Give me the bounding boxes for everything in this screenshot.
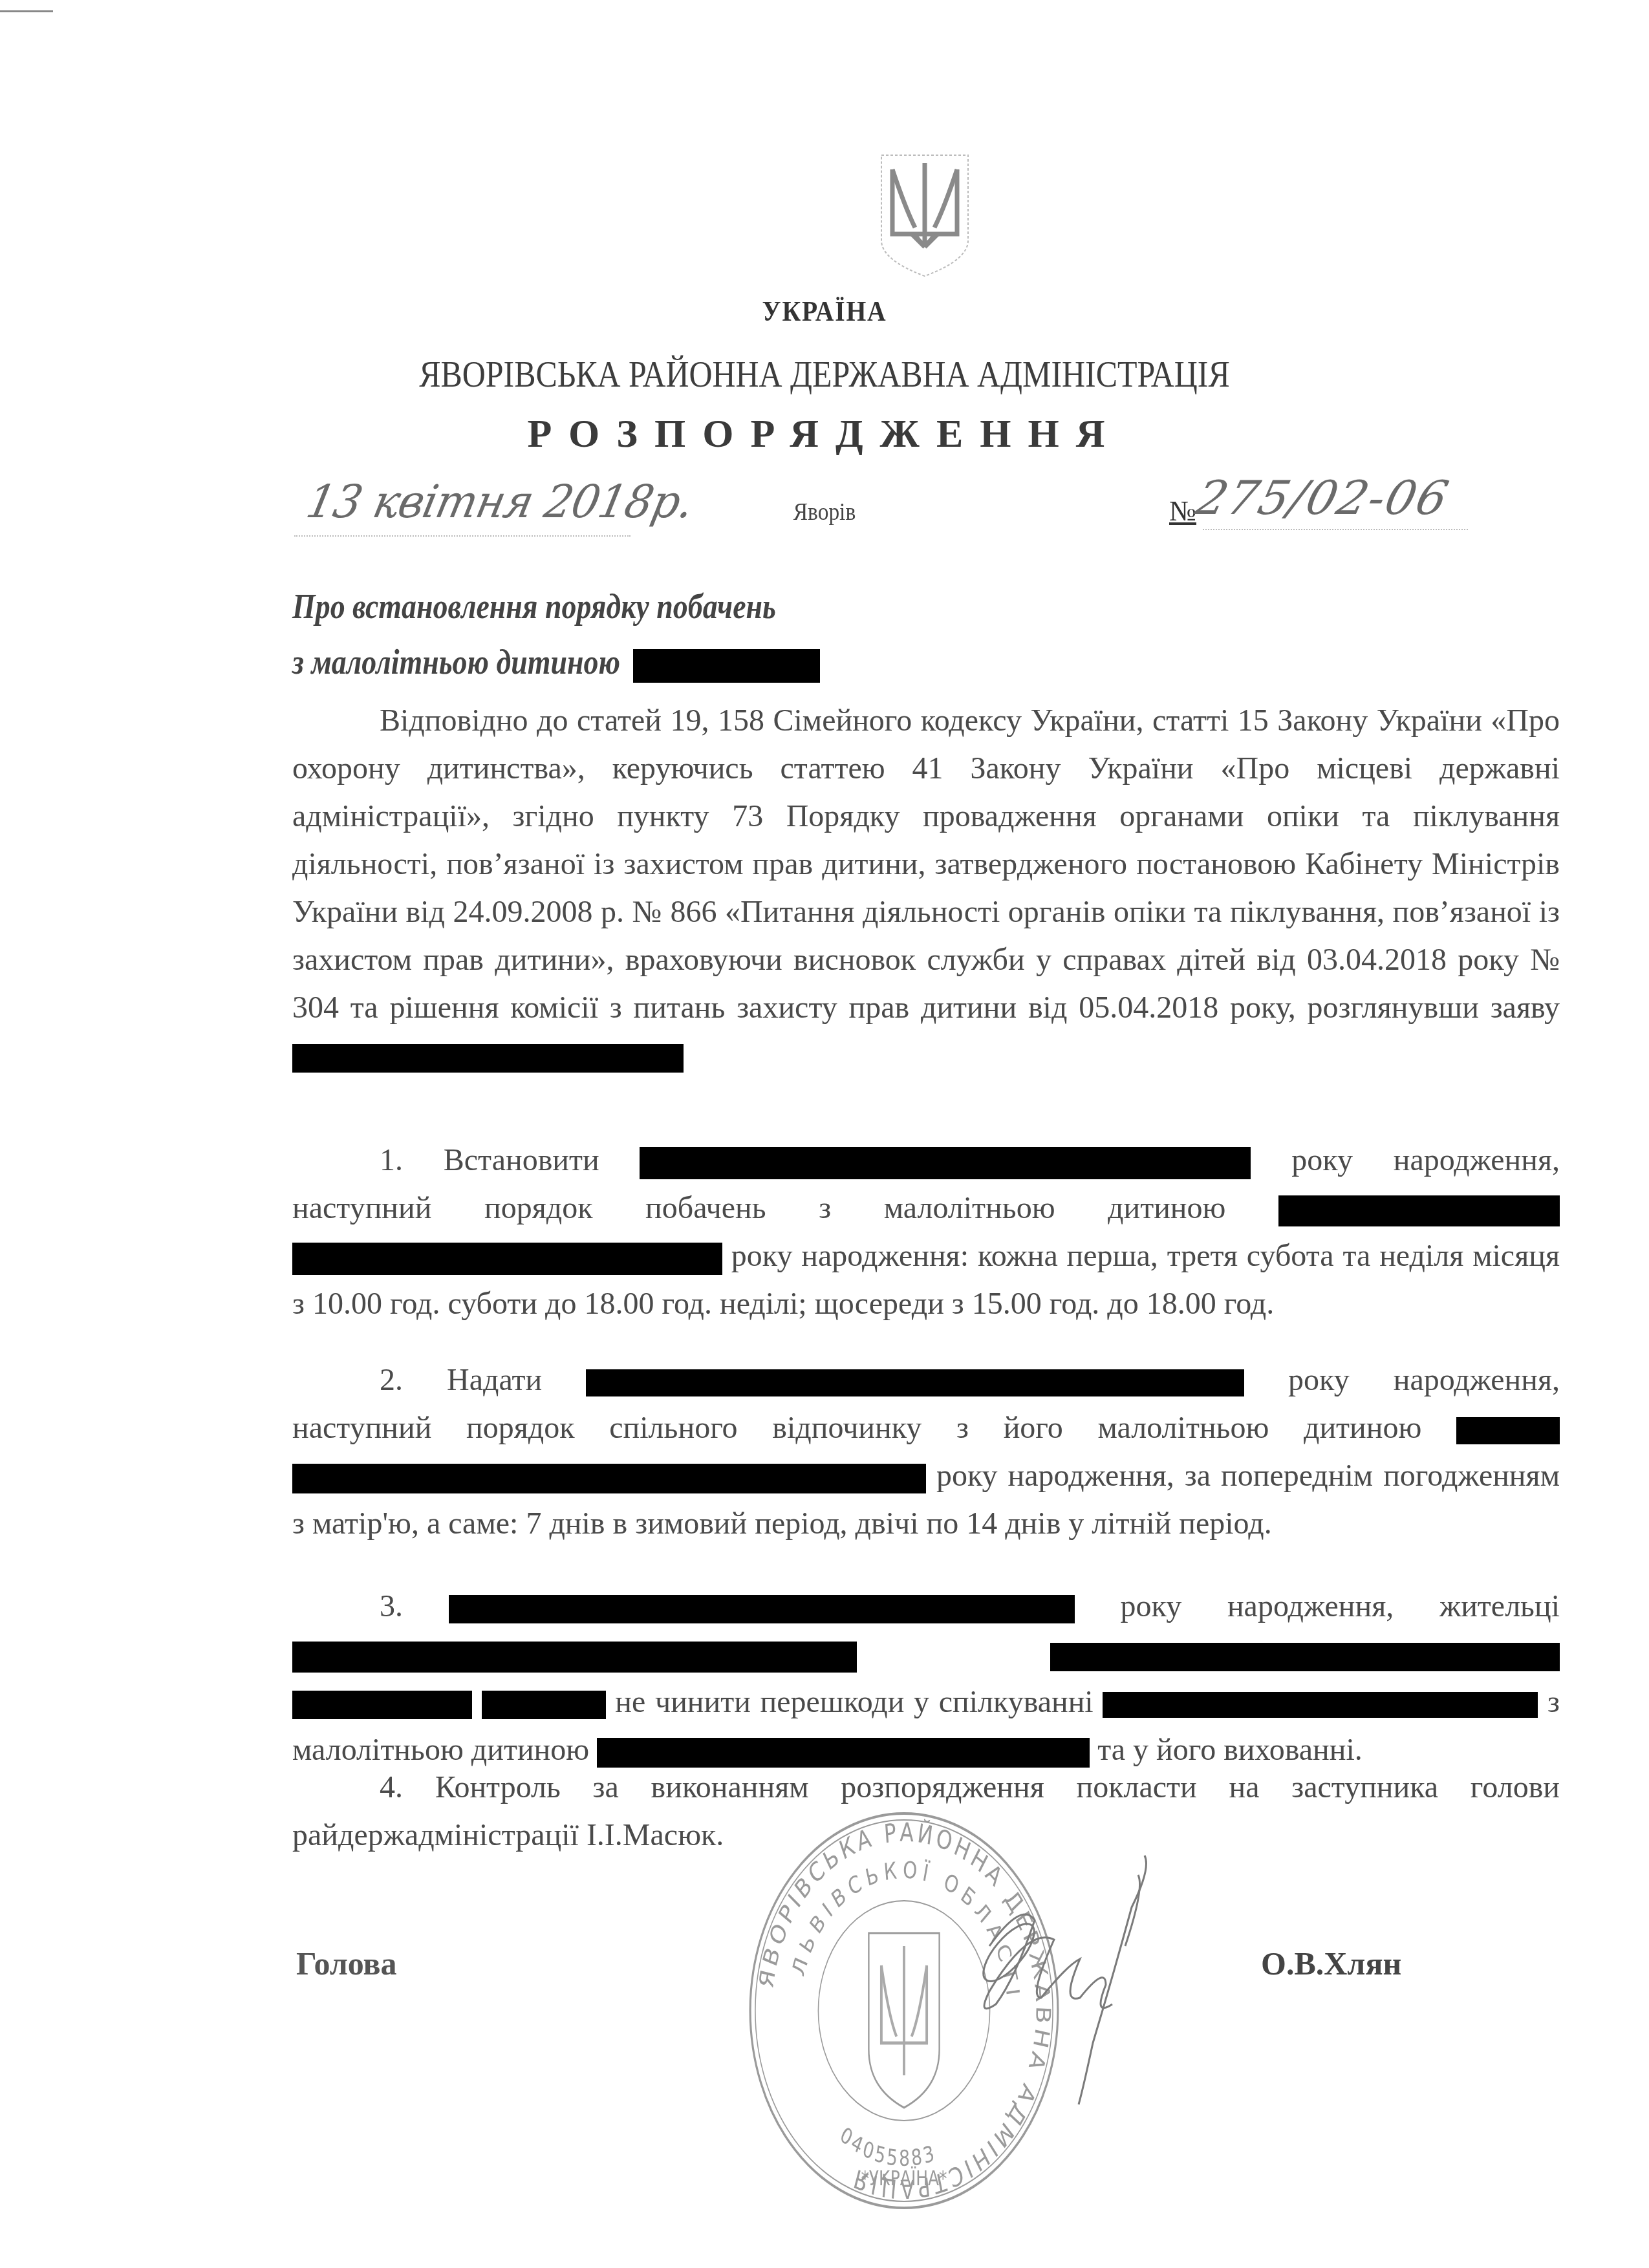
trident-coat-of-arms-icon	[876, 150, 973, 279]
number-underline	[1203, 529, 1468, 530]
authority-heading: ЯВОРІВСЬКА РАЙОННА ДЕРЖАВНА АДМІНІСТРАЦІ…	[116, 352, 1534, 396]
redaction-bar	[633, 649, 820, 683]
preamble-paragraph: Відповідно до статей 19, 158 Сімейного к…	[292, 697, 1560, 1080]
redaction-bar	[449, 1595, 1075, 1623]
redaction-bar	[292, 1464, 926, 1493]
redaction-bar	[482, 1691, 606, 1719]
date-underline	[294, 535, 630, 537]
title-line-2: з малолітньою дитиною	[292, 634, 820, 690]
redaction-bar	[640, 1147, 1251, 1179]
redaction-bar	[292, 1044, 684, 1073]
signatory-role: Голова	[296, 1945, 397, 1982]
order-item-2: 2. Надати року народження, наступний пор…	[292, 1356, 1560, 1548]
country-heading: УКРАЇНА	[83, 295, 1567, 328]
svg-text:04055883: 04055883	[836, 2123, 938, 2172]
redaction-bar	[1278, 1195, 1560, 1226]
redaction-bar	[1050, 1643, 1560, 1671]
order-item-3: 3. року народження, жительці не чинити п…	[292, 1583, 1560, 1774]
handwritten-signature	[951, 1849, 1222, 2121]
document-title: Про встановлення порядку побачень з мало…	[292, 579, 820, 690]
scan-artifact	[0, 10, 53, 12]
signatory-name: О.В.Хлян	[1261, 1945, 1401, 1982]
svg-text:*УКРАЇНА*: *УКРАЇНА*	[861, 2166, 947, 2190]
redaction-bar	[1456, 1417, 1560, 1444]
redaction-bar	[1103, 1692, 1538, 1718]
redaction-bar	[292, 1243, 722, 1275]
handwritten-number: 275/02-06	[1191, 471, 1455, 525]
redaction-bar	[292, 1642, 857, 1673]
redaction-bar	[586, 1369, 1244, 1396]
title-line-1: Про встановлення порядку побачень	[292, 579, 820, 634]
redaction-bar	[292, 1691, 472, 1719]
document-type-heading: РОЗПОРЯДЖЕННЯ	[0, 411, 1649, 457]
order-item-1: 1. Встановити року народження, наступний…	[292, 1137, 1560, 1328]
